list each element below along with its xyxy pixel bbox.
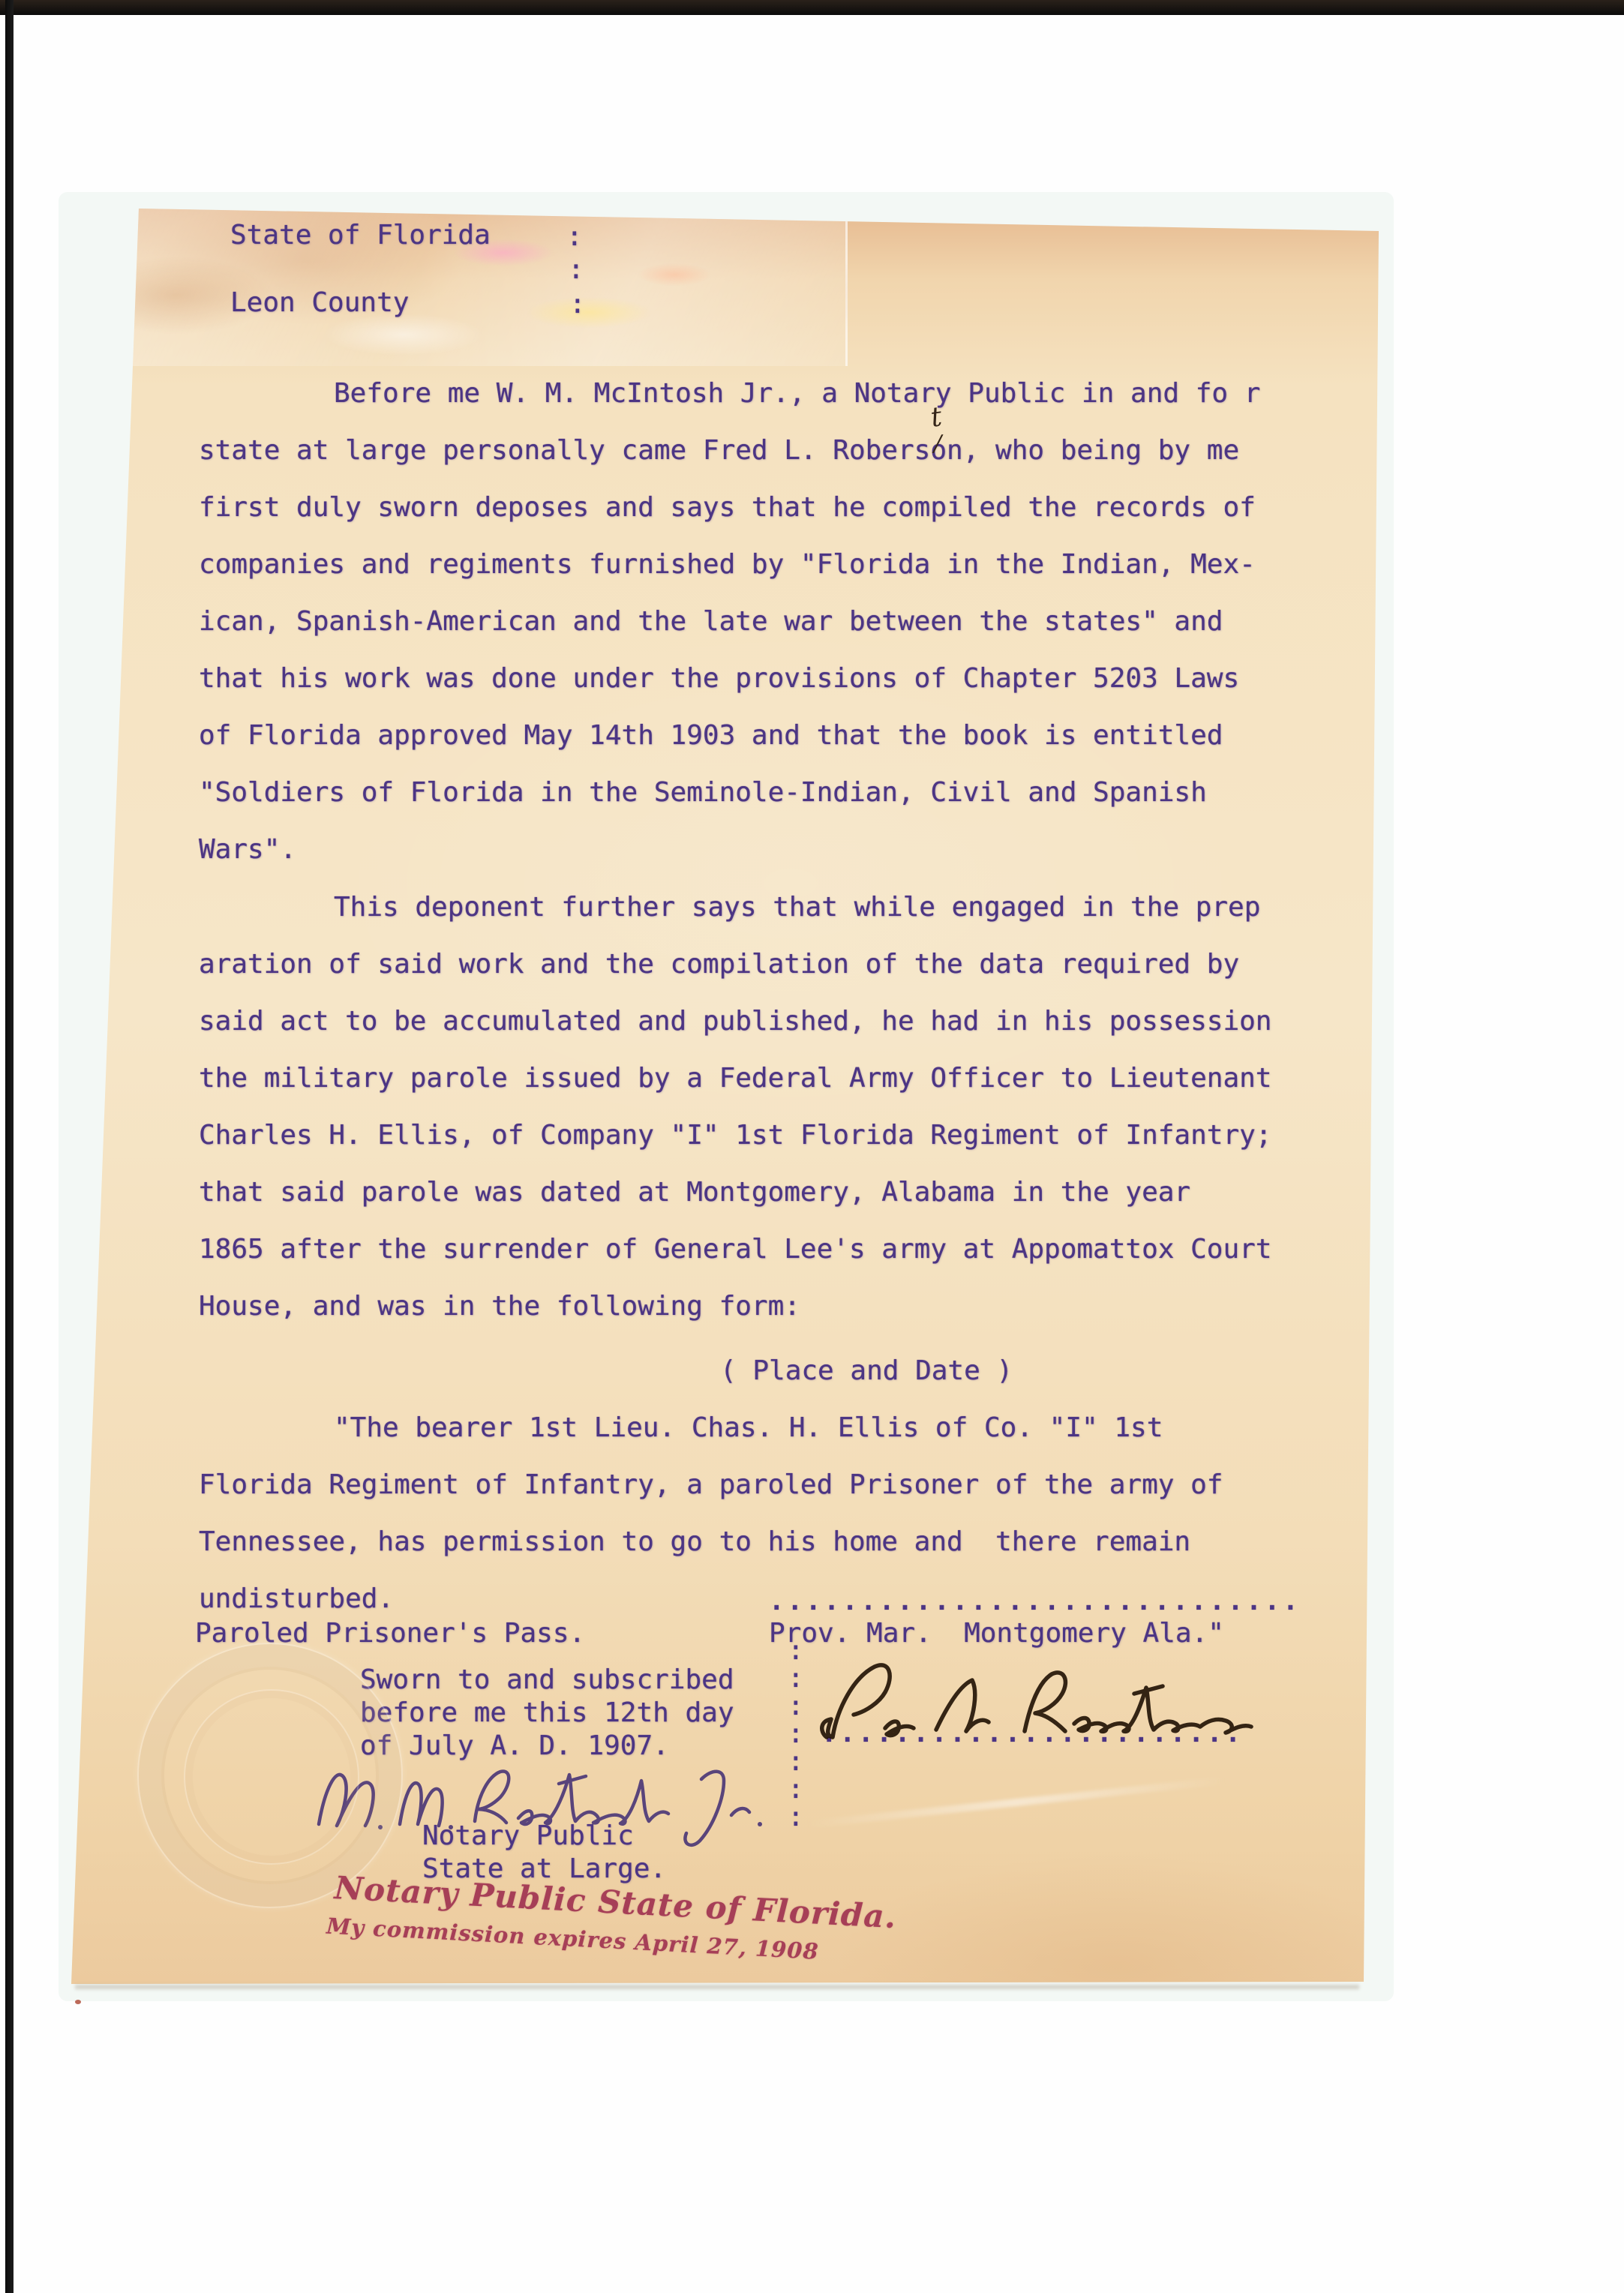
jurat-line: before me this 12th day: [360, 1697, 734, 1730]
scan-frame-left-edge: [5, 0, 14, 2293]
typed-line: first duly sworn deposes and says that h…: [199, 491, 1256, 524]
deponent-signature: [810, 1655, 1268, 1760]
red-speck: [75, 2000, 81, 2004]
state-line: State of Florida: [230, 219, 491, 252]
typed-line: Wars".: [199, 833, 296, 866]
typed-line: the military parole issued by a Federal …: [199, 1062, 1271, 1095]
provost-dotted-line: .............................: [769, 1589, 1301, 1614]
scan-glare-streak: [807, 1777, 1226, 1828]
typed-line: House, and was in the following form:: [199, 1290, 800, 1323]
typed-line: of Florida approved May 14th 1903 and th…: [199, 719, 1223, 752]
colon-mark: :: [788, 1637, 804, 1664]
typed-line: 1865 after the surrender of General Lee'…: [199, 1233, 1271, 1266]
correction-caret-mark: /: [934, 431, 941, 457]
typed-line: said act to be accumulated and published…: [199, 1005, 1271, 1038]
header-colon: :: [566, 221, 583, 254]
typed-line: Charles H. Ellis, of Company "I" 1st Flo…: [199, 1119, 1271, 1152]
provost-label: Prov. Mar. Montgomery Ala.": [769, 1617, 1224, 1650]
typed-line: companies and regiments furnished by "Fl…: [199, 548, 1256, 581]
jurat-line: Sworn to and subscribed: [360, 1664, 734, 1697]
header-colon: :: [568, 254, 584, 287]
scan-frame-top-edge: [0, 0, 1624, 15]
notary-title-line: Notary Public: [422, 1820, 634, 1853]
notary-commission-stamp: Notary Public State of Florida. My commi…: [332, 1872, 897, 1967]
affidavit-paper: State of Florida : : Leon County : Befor…: [71, 209, 1379, 1984]
typed-line: that his work was done under the provisi…: [199, 662, 1239, 695]
typed-line: undisturbed.: [199, 1583, 394, 1616]
typed-line: Tennessee, has permission to go to his h…: [199, 1526, 1190, 1559]
header-colon: :: [569, 288, 586, 321]
typed-line: aration of said work and the compilation…: [199, 948, 1239, 981]
colon-mark: :: [788, 1664, 804, 1692]
typed-line: "Soldiers of Florida in the Seminole-Ind…: [199, 776, 1207, 809]
typed-line: Florida Regiment of Infantry, a paroled …: [199, 1469, 1223, 1502]
typed-line: "The bearer 1st Lieu. Chas. H. Ellis of …: [334, 1412, 1163, 1445]
typed-line: Before me W. M. McIntosh Jr., a Notary P…: [334, 377, 1260, 410]
county-line: Leon County: [230, 287, 409, 320]
place-date-line: ( Place and Date ): [720, 1355, 1013, 1388]
typed-line: ican, Spanish-American and the late war …: [199, 605, 1223, 638]
typed-line: state at large personally came Fred L. R…: [199, 434, 1239, 467]
embossed-notary-seal: [137, 1643, 403, 1908]
colon-mark: :: [788, 1720, 804, 1748]
typed-line: that said parole was dated at Montgomery…: [199, 1176, 1190, 1209]
colon-mark: :: [788, 1692, 804, 1720]
paper-edge-shadow: [75, 1985, 1359, 1989]
scanned-document-page: State of Florida : : Leon County : Befor…: [0, 0, 1624, 2293]
typed-line: This deponent further says that while en…: [334, 891, 1260, 924]
